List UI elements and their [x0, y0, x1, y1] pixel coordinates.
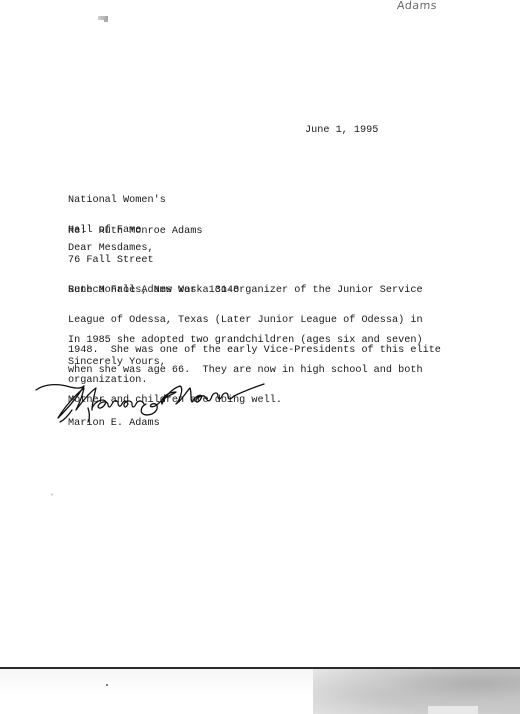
scan-smudge — [313, 669, 520, 714]
scan-artifact-mark — [98, 16, 108, 20]
address-line: National Women's — [68, 196, 239, 206]
signer-name: Marion E. Adams — [68, 419, 160, 429]
scan-smudge-patch — [428, 706, 478, 714]
paragraph-line: Ruth Monroe Adams was a co-organizer of … — [68, 286, 441, 296]
subject-line: Re: Ruth Monroe Adams — [68, 227, 203, 237]
scan-dot — [106, 684, 108, 686]
handwritten-file-annotation: Adams — [397, 1, 438, 11]
letter-date: June 1, 1995 — [305, 126, 378, 136]
closing: Sincerely Yours, — [68, 358, 166, 368]
scan-speck: ⌄ — [50, 492, 56, 496]
paragraph-line: In 1985 she adopted two grandchildren (a… — [68, 336, 423, 346]
address-line: 76 Fall Street — [68, 256, 239, 266]
salutation: Dear Mesdames, — [68, 244, 154, 254]
